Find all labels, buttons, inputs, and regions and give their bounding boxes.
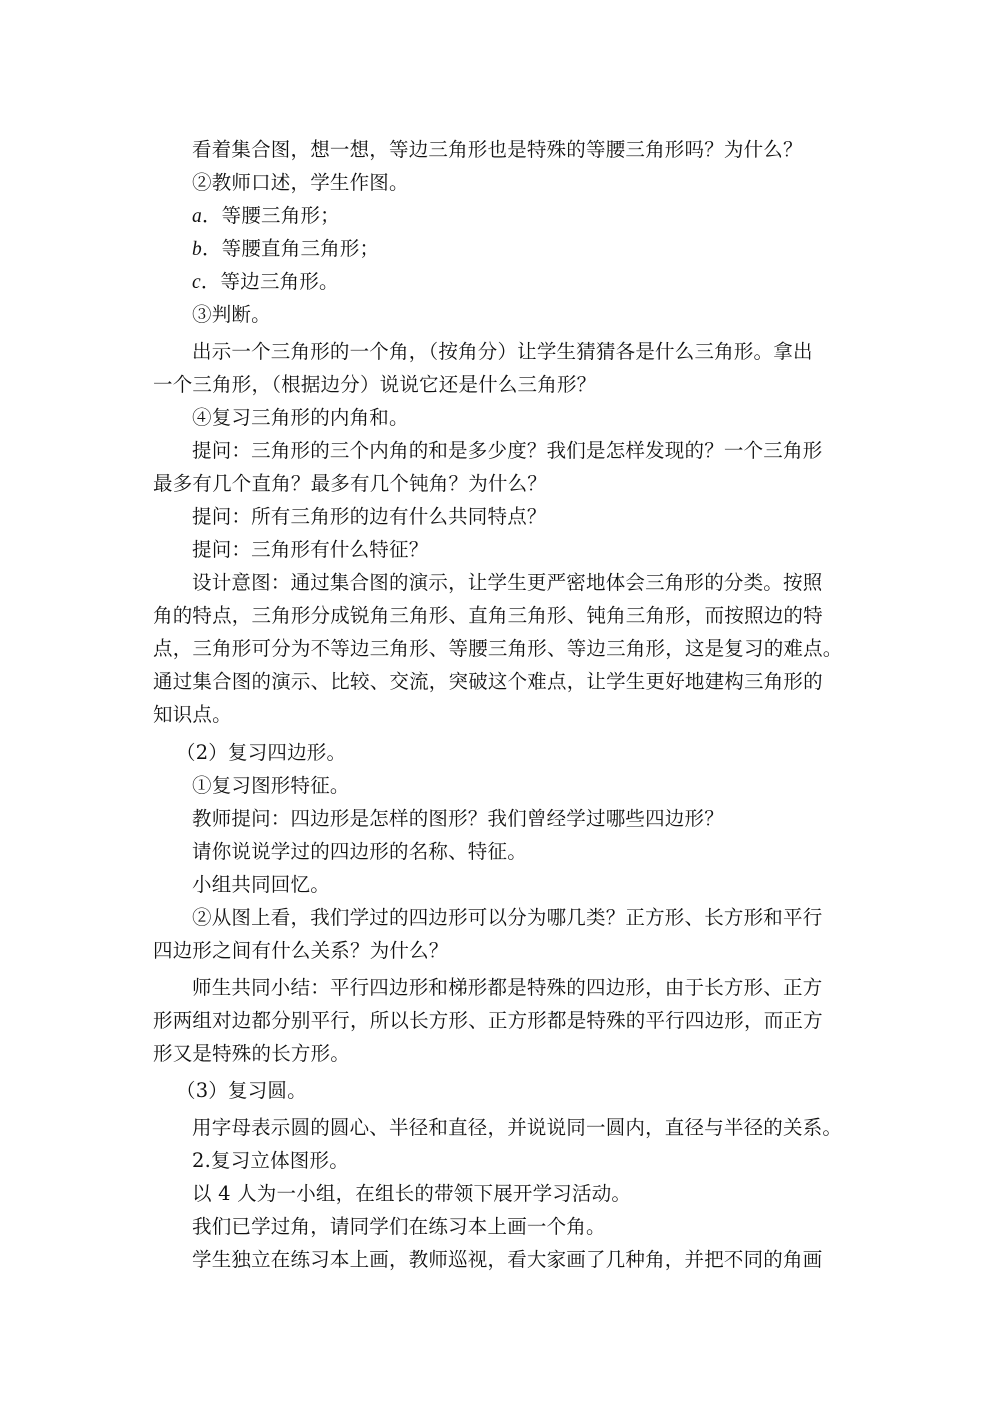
text-line: 点，三角形可分为不等边三角形、等腰三角形、等边三角形，这是复习的难点。 <box>153 636 843 662</box>
text-line: 教师提问：四边形是怎样的图形？我们曾经学过哪些四边形？ <box>192 806 724 832</box>
text-line: 设计意图：通过集合图的演示，让学生更严密地体会三角形的分类。按照 <box>192 570 822 596</box>
text-line: ②教师口述，学生作图。 <box>192 170 409 196</box>
text-line: 知识点。 <box>153 702 232 728</box>
section-heading: （3）复习圆。 <box>176 1078 307 1104</box>
text-line: 出示一个三角形的一个角，（按角分）让学生猜猜各是什么三角形。拿出 <box>192 339 813 365</box>
text-line: 我们已学过角，请同学们在练习本上画一个角。 <box>192 1214 606 1240</box>
section-heading: 2.复习立体图形。 <box>192 1148 349 1174</box>
text-line: 用字母表示圆的圆心、半径和直径，并说说同一圆内，直径与半径的关系。 <box>192 1115 842 1141</box>
text-line: 学生独立在练习本上画，教师巡视，看大家画了几种角，并把不同的角画 <box>192 1247 822 1273</box>
text-line: 看着集合图，想一想，等边三角形也是特殊的等腰三角形吗？为什么？ <box>192 137 803 163</box>
section-heading: （2）复习四边形。 <box>176 740 346 766</box>
list-item-text: ．等腰直角三角形； <box>202 237 379 260</box>
text-line: 提问：三角形的三个内角的和是多少度？我们是怎样发现的？一个三角形 <box>192 438 822 464</box>
text-line: 请你说说学过的四边形的名称、特征。 <box>192 839 527 865</box>
list-item-c: c．等边三角形。 <box>192 269 339 296</box>
text-line: 师生共同小结：平行四边形和梯形都是特殊的四边形，由于长方形、正方 <box>192 975 822 1001</box>
text-line: 四边形之间有什么关系？为什么？ <box>153 938 449 964</box>
text-line: 提问：三角形有什么特征？ <box>192 537 428 563</box>
list-item-text: ．等边三角形。 <box>201 270 339 293</box>
text-line: ④复习三角形的内角和。 <box>192 405 409 431</box>
text-line: 以 4 人为一小组，在组长的带领下展开学习活动。 <box>192 1181 631 1207</box>
list-marker: b <box>192 239 202 260</box>
text-line: 通过集合图的演示、比较、交流，突破这个难点，让学生更好地建构三角形的 <box>153 669 823 695</box>
text-line: 形两组对边都分别平行，所以长方形、正方形都是特殊的平行四边形，而正方 <box>153 1008 823 1034</box>
text-line: 提问：所有三角形的边有什么共同特点？ <box>192 504 547 530</box>
text-line: 形又是特殊的长方形。 <box>153 1041 350 1067</box>
text-line: ②从图上看，我们学过的四边形可以分为哪几类？正方形、长方形和平行 <box>192 905 822 931</box>
list-item-text: ．等腰三角形； <box>202 204 340 227</box>
text-line: 最多有几个直角？最多有几个钝角？为什么？ <box>153 471 547 497</box>
list-item-a: a．等腰三角形； <box>192 203 340 230</box>
document-page: 看着集合图，想一想，等边三角形也是特殊的等腰三角形吗？为什么？ ②教师口述，学生… <box>0 0 1000 1415</box>
text-line: ③判断。 <box>192 302 271 328</box>
text-line: 小组共同回忆。 <box>192 872 330 898</box>
list-marker: c <box>192 272 201 293</box>
text-line: 角的特点，三角形分成锐角三角形、直角三角形、钝角三角形，而按照边的特 <box>153 603 823 629</box>
list-marker: a <box>192 206 202 227</box>
text-line: ①复习图形特征。 <box>192 773 350 799</box>
text-line: 一个三角形，（根据边分）说说它还是什么三角形？ <box>153 372 596 398</box>
list-item-b: b．等腰直角三角形； <box>192 236 379 263</box>
